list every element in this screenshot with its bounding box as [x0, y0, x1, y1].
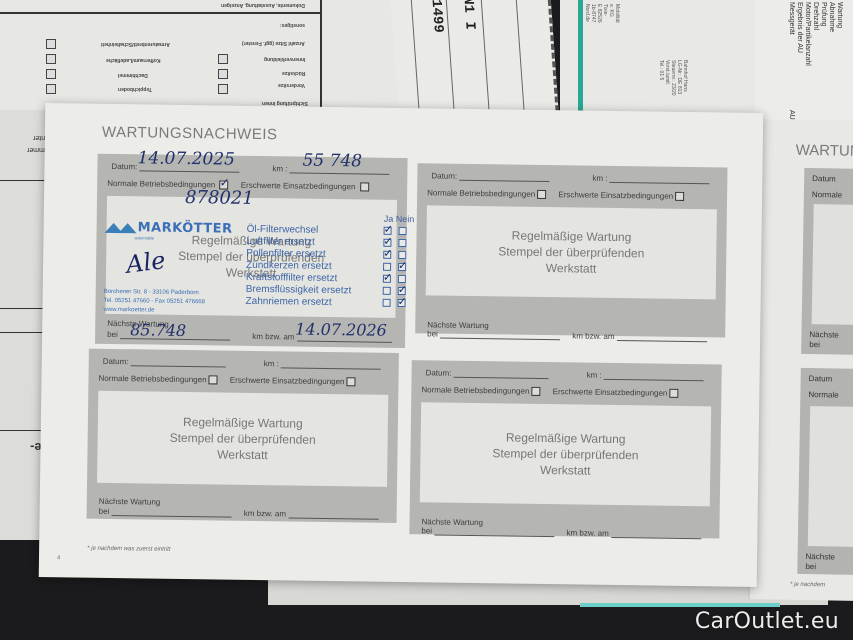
- report-line: Motor/Partikelanzahl: [804, 2, 811, 66]
- form-rule-vertical: [320, 0, 322, 112]
- form-item: Kofferraum/Ladefläche: [106, 57, 160, 63]
- next-km-field: [112, 508, 232, 518]
- normal-conditions-checkbox: [537, 190, 546, 199]
- entry-date-label: Datum: [812, 174, 836, 183]
- checklist-item-label: Öl-Filterwechsel: [247, 224, 319, 236]
- normal-conditions-checkbox: [531, 387, 540, 396]
- form-checkbox: [46, 39, 56, 49]
- km-field: [610, 175, 710, 184]
- next-at-label: bei: [421, 526, 432, 535]
- service-entry-2: Datum: km : Normale Betriebsbedingungen …: [415, 163, 727, 337]
- stamp-placeholder-line3: Werkstatt: [546, 260, 597, 277]
- stamp-placeholder-line3: Werkstatt: [540, 462, 591, 479]
- form-rule: [0, 12, 320, 14]
- date-row: Datum:: [431, 171, 549, 182]
- grid-line: [446, 0, 455, 120]
- km-field: [604, 372, 704, 381]
- receipt-line: Mobilität: [614, 4, 620, 23]
- registration-number: 1499: [428, 0, 446, 33]
- date-label: Datum:: [111, 162, 137, 171]
- stamp-area: Regelmäßige Wartung Stempel der überprüf…: [97, 391, 388, 487]
- severe-conditions-checkbox: [346, 378, 355, 387]
- dealer-address-block: Borchener Str. 8 - 33106 Paderborn Tel. …: [103, 288, 205, 316]
- km-label: km :: [272, 164, 287, 173]
- entry-at-label: bei: [809, 340, 820, 349]
- date-row: Datum:: [103, 357, 226, 368]
- handwritten-date: 14.07.2025: [137, 148, 235, 169]
- receipt-line: 1b-8747: [590, 4, 596, 22]
- watermark: CarOutlet.eu: [695, 609, 839, 634]
- receipt-line: e. KG: [608, 4, 614, 17]
- form-item: Vordersitze: [278, 82, 305, 88]
- date-row: Datum:: [426, 368, 549, 379]
- yes-checkbox: [383, 287, 391, 295]
- next-service-row: bei km bzw. am: [99, 507, 379, 520]
- report-line: Messgerät: [788, 2, 795, 35]
- km-field: [281, 360, 381, 369]
- right-page-title: WARTUNGSNACHWEIS: [796, 142, 853, 162]
- no-checkbox: [398, 239, 406, 247]
- severe-conditions-checkbox: [669, 389, 678, 398]
- checklist-item: Zahnriemen ersetzt: [246, 296, 416, 310]
- dealer-name: MARKÖTTER: [138, 220, 233, 236]
- receipt-line: Nord.de: [584, 4, 590, 22]
- next-service-label: Nächste Wartung: [99, 497, 161, 507]
- receipt-line: Steuernr.: 23/20: [670, 60, 676, 96]
- next-date-field: [288, 510, 378, 519]
- service-booklet-page: WARTUNGSNACHWEIS Datum: km : 14.07.2025 …: [39, 103, 764, 587]
- report-line: Prüfung: [820, 2, 827, 27]
- conditions-row: Normale Betriebsbedingungen Erschwerte E…: [98, 374, 365, 387]
- report-line: Ergebnis der AU: [796, 2, 803, 53]
- form-item: Innenverkleidung: [264, 56, 305, 62]
- yes-checkbox: [383, 275, 391, 283]
- stamp-area: Regelmäßige Wartung Stempel der überprüf…: [420, 402, 711, 506]
- form-section: Sichtprüfung innen: [262, 100, 308, 106]
- yes-checkbox: [384, 227, 392, 235]
- stamp-placeholder-line3: Werkstatt: [217, 446, 268, 463]
- right-page-entry: Datum Normale Nächste bei: [797, 368, 853, 575]
- entry-condition-label: Normale: [812, 190, 842, 200]
- normal-conditions-label: Normale Betriebsbedingungen: [427, 188, 535, 199]
- stamp-placeholder-line1: Regelmäßige Wartung: [506, 429, 626, 447]
- yes-checkbox: [383, 263, 391, 271]
- form-item: Teppichboden: [118, 86, 152, 92]
- checklist-item-label: Zahnriemen ersetzt: [246, 296, 332, 308]
- no-checkbox: [399, 227, 407, 235]
- km-or-date-label: km bzw. am: [572, 331, 614, 341]
- checklist-items: Öl-FilterwechselLuftfilter ersetztPollen…: [246, 224, 417, 310]
- form-checkbox: [218, 69, 228, 79]
- report-line: Abnahme: [828, 2, 835, 32]
- service-entry-4: Datum: km : Normale Betriebsbedingungen …: [409, 360, 721, 538]
- underlying-teal-stripe: [580, 603, 780, 607]
- no-checkbox: [398, 263, 406, 271]
- entry-next-label: Nächste: [805, 552, 835, 562]
- severe-conditions-checkbox: [675, 192, 684, 201]
- background-emissions-report: Wartung Abnahme Prüfung Drehzahl Motor/P…: [755, 0, 853, 130]
- km-or-date-label: km bzw. am: [566, 528, 608, 538]
- km-or-date-label: km bzw. am: [244, 509, 286, 519]
- normal-conditions-checkbox: [209, 376, 218, 385]
- form-item: sonstiges:: [280, 22, 305, 28]
- next-at-label: bei: [427, 329, 438, 338]
- page-number: 4: [57, 555, 60, 561]
- next-km-field: [434, 527, 554, 537]
- stamp-placeholder-line1: Regelmäßige Wartung: [512, 228, 632, 246]
- checklist-item-label: Kraftstofffilter ersetzt: [246, 272, 337, 284]
- report-line: AU: [788, 110, 795, 120]
- checklist-item-label: Luftfilter ersetzt: [246, 236, 315, 248]
- form-item: Dachhimmel: [118, 72, 148, 78]
- report-line: Wartung: [836, 2, 843, 28]
- form-item: Rücksitze: [282, 70, 305, 76]
- km-or-date-label: km bzw. am: [252, 332, 294, 342]
- next-service-row: bei km bzw. am: [421, 526, 701, 539]
- checklist-item-label: Pollenfilter ersetzt: [246, 248, 326, 260]
- mountain-logo-icon: [119, 223, 137, 233]
- next-date-field: [617, 333, 707, 342]
- handwritten-next-km: 85.748: [130, 320, 186, 340]
- severe-conditions-label: Erschwerte Einsatzbedingungen: [241, 181, 356, 192]
- form-item: Armaturenbrett/Schalteinheit: [101, 41, 170, 47]
- severe-conditions-label: Erschwerte Einsatzbedingungen: [553, 387, 668, 398]
- receipt-line: Bahnhof Hans: [682, 60, 688, 92]
- form-checkbox: [218, 84, 228, 94]
- stamp-placeholder-line2: Stempel der überprüfenden: [170, 430, 316, 448]
- form-checkbox: [218, 54, 228, 64]
- form-header: Dokumente, Ausstattung, Anzeigen: [221, 2, 305, 8]
- km-row: km :: [264, 359, 381, 370]
- right-page-entry: Datum Normale Nächste bei: [801, 168, 853, 355]
- service-checklist: Ja Nein Öl-FilterwechselLuftfilter erset…: [246, 224, 417, 310]
- receipt-line: Vorst./amtl.: [664, 60, 670, 85]
- dealer-website: www.markoetter.de: [103, 306, 205, 316]
- stamp-area: [812, 204, 853, 325]
- yes-checkbox: [383, 239, 391, 247]
- checklist-item-label: Zündkerzen ersetzt: [246, 260, 332, 272]
- conditions-row: Normale Betriebsbedingungen Erschwerte E…: [421, 385, 688, 398]
- form-item: Anzahl Sitze (ggf. Fenster): [242, 40, 305, 46]
- service-entry-1: Datum: km : 14.07.2025 55 748 Normale Be…: [95, 154, 408, 348]
- form-checkbox: [46, 54, 56, 64]
- stamp-placeholder-line2: Stempel der überprüfenden: [492, 445, 638, 463]
- handwritten-order-number: 878021: [185, 187, 254, 209]
- background-receipt: Mobilität e. KG Tixie- E 82526 1b-8747 N…: [560, 0, 760, 118]
- entry-at-label: bei: [805, 562, 816, 571]
- km-row: km :: [587, 371, 704, 382]
- yes-checkbox: [383, 251, 391, 259]
- service-entry-3: Datum: km : Normale Betriebsbedingungen …: [87, 349, 399, 523]
- registration-class: N1 I: [459, 0, 477, 30]
- report-line: Drehzahl: [812, 2, 819, 30]
- date-label: Datum:: [426, 368, 452, 377]
- grid-line: [481, 0, 490, 120]
- background-registration-document: 1499 N1 I: [391, 0, 559, 120]
- booklet-right-page: WARTUNGSNACHWEIS Datum Normale Nächste b…: [748, 119, 853, 601]
- form-checkbox: [46, 69, 56, 79]
- normal-conditions-label: Normale Betriebsbedingungen: [421, 385, 529, 396]
- stamp-placeholder-line2: Stempel der überprüfenden: [498, 243, 644, 261]
- date-label: Datum:: [431, 171, 457, 180]
- receipt-teal-stripe: [578, 0, 583, 112]
- next-at-label: bei: [107, 330, 118, 339]
- next-date-field: [611, 530, 701, 539]
- receipt-line: LG-Nr.: DE 813: [676, 60, 682, 94]
- booklet-title: WARTUNGSNACHWEIS: [102, 124, 278, 143]
- entry-condition-label: Normale: [808, 390, 838, 400]
- next-km-field: [440, 331, 560, 341]
- date-field: [454, 370, 549, 379]
- severe-conditions-checkbox: [360, 183, 369, 192]
- no-checkbox: [398, 287, 406, 295]
- grid-line: [516, 0, 525, 120]
- handwritten-km: 55 748: [302, 151, 362, 172]
- km-row: km :: [592, 174, 709, 185]
- date-label: Datum:: [103, 357, 129, 366]
- next-service-row: bei km bzw. am: [427, 329, 707, 342]
- entry-next-label: Nächste: [809, 330, 839, 340]
- form-checkbox: [46, 84, 56, 94]
- grid-line: [411, 0, 420, 120]
- no-checkbox: [398, 299, 406, 307]
- no-checkbox: [398, 275, 406, 283]
- receipt-line: Tel.: 01 5: [658, 60, 664, 80]
- stamp-placeholder-line1: Regelmäßige Wartung: [183, 414, 303, 432]
- yes-checkbox: [383, 299, 391, 307]
- conditions-row: Normale Betriebsbedingungen Erschwerte E…: [427, 188, 694, 201]
- stamp-area: [808, 406, 853, 547]
- checklist-item-label: Bremsflüssigkeit ersetzt: [246, 284, 352, 296]
- date-field: [131, 358, 226, 367]
- next-at-label: bei: [99, 507, 110, 516]
- km-label: km :: [592, 174, 607, 183]
- receipt-line: E 82526: [596, 4, 602, 23]
- date-field: [459, 173, 549, 182]
- mechanic-signature: Ale: [125, 246, 167, 279]
- stamp-area: Regelmäßige Wartung Stempel der überprüf…: [426, 205, 717, 299]
- handwritten-next-date: 14.07.2026: [295, 320, 387, 340]
- booklet-footnote: * je nachdem was zuerst eintritt: [87, 546, 170, 553]
- no-checkbox: [398, 251, 406, 259]
- right-page-footnote: * je nachdem: [790, 582, 825, 589]
- entry-date-label: Datum: [809, 374, 833, 383]
- severe-conditions-label: Erschwerte Einsatzbedingungen: [230, 376, 345, 387]
- km-label: km :: [587, 371, 602, 380]
- receipt-line: Tixie-: [602, 4, 608, 16]
- normal-conditions-label: Normale Betriebsbedingungen: [98, 374, 206, 385]
- km-label: km :: [264, 359, 279, 368]
- severe-conditions-label: Erschwerte Einsatzbedingungen: [558, 190, 673, 201]
- no-header: Nein: [396, 214, 415, 224]
